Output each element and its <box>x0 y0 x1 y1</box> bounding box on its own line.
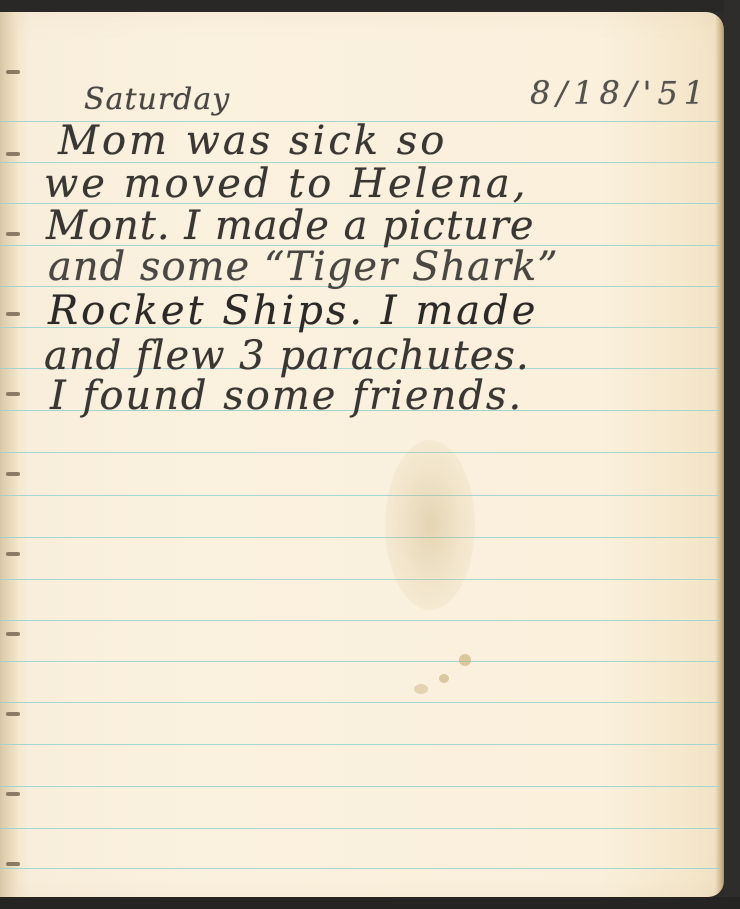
ruled-line <box>0 786 720 787</box>
entry-day: Saturday <box>84 82 230 117</box>
ruled-line <box>0 828 720 829</box>
entry-line-1: Mom was sick so <box>58 118 447 164</box>
ruled-line <box>0 702 720 703</box>
binding-stitch <box>6 552 20 556</box>
stain-spot <box>414 684 428 694</box>
ruled-line <box>0 495 720 496</box>
scan-background-top <box>0 0 740 12</box>
binding-stitch <box>6 632 20 636</box>
binding-stitch <box>6 70 20 74</box>
entry-line-4: and some “Tiger Shark” <box>48 244 559 290</box>
paper-stain <box>385 440 475 610</box>
scan-background-right <box>724 0 740 909</box>
binding-stitch <box>6 792 20 796</box>
stain-spot <box>439 674 449 683</box>
entry-line-2: we moved to Helena, <box>44 161 528 207</box>
binding-stitch <box>6 232 20 236</box>
binding-stitch <box>6 152 20 156</box>
entry-date: 8/18/'51 <box>530 74 710 112</box>
ruled-line <box>0 579 720 580</box>
entry-line-5: Rocket Ships. I made <box>48 288 538 334</box>
binding-stitch <box>6 862 20 866</box>
notebook-binding <box>0 12 18 897</box>
ruled-line <box>0 868 720 869</box>
binding-stitch <box>6 392 20 396</box>
binding-stitch <box>6 712 20 716</box>
scan-background-bottom <box>0 897 740 909</box>
stain-spot <box>459 654 471 666</box>
ruled-line <box>0 661 720 662</box>
entry-line-3: Mont. I made a picture <box>46 203 535 249</box>
binding-stitch <box>6 312 20 316</box>
entry-line-7: I found some friends. <box>50 373 523 419</box>
ruled-line <box>0 620 720 621</box>
ruled-line <box>0 537 720 538</box>
ruled-line <box>0 452 720 453</box>
ruled-line <box>0 744 720 745</box>
binding-stitch <box>6 472 20 476</box>
